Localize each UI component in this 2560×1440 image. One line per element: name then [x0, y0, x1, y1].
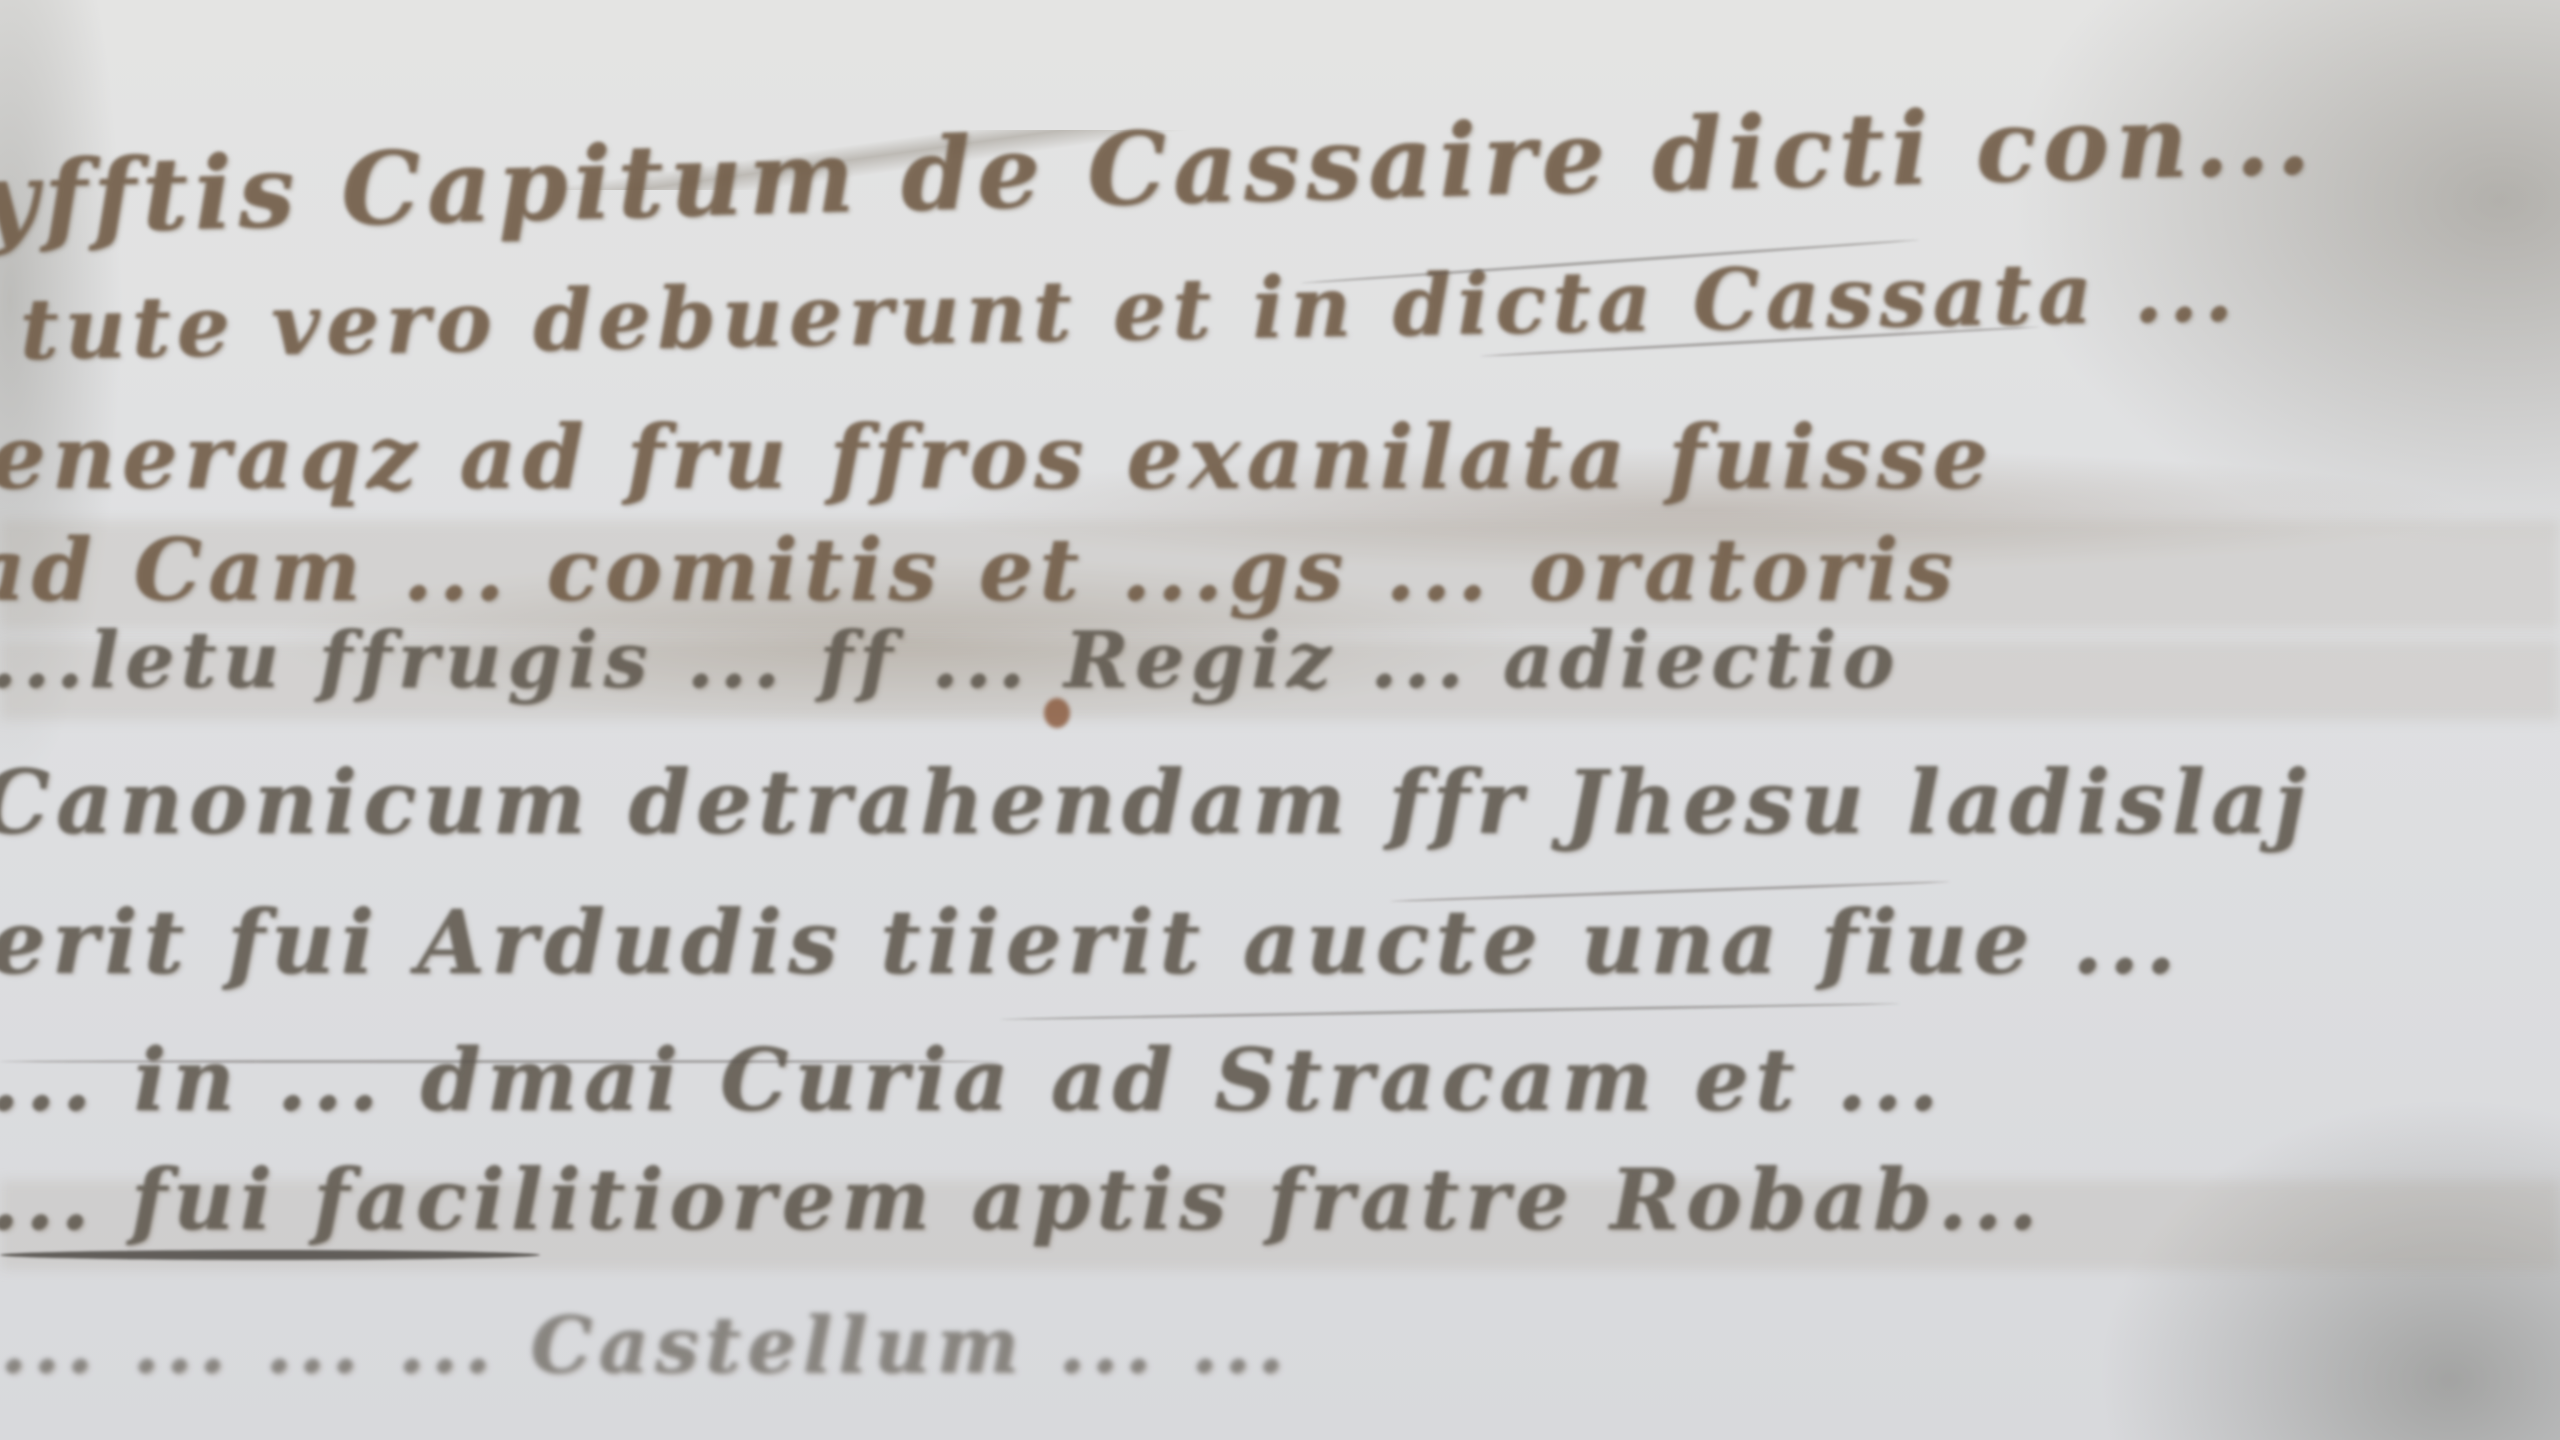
script-line-7: erit fui Ardudis tiierit aucte una fiue … — [0, 890, 2182, 994]
ink-stroke — [0, 1060, 1000, 1063]
script-line-8: ... in ... dmai Curia ad Stracam et ... — [0, 1030, 1945, 1131]
script-line-10: ... ... ... ... Castellum ... ... — [0, 1300, 1290, 1391]
script-line-2: tute vero debuerunt et in dicta Cassata … — [19, 241, 2240, 379]
script-line-3: eneraqz ad fru ffros exanilata fuisse — [0, 405, 1994, 509]
script-line-9: ... fui facilitiorem aptis fratre Robab.… — [0, 1150, 2044, 1249]
script-line-4: ad Cam ... comitis et ...gs ... oratoris — [0, 520, 1959, 621]
ink-stroke — [1000, 1002, 1900, 1021]
dark-ink-stroke — [0, 1250, 540, 1260]
script-line-6: Canonicum detrahendam ffr Jhesu ladislaj — [0, 750, 2312, 854]
manuscript-photo: yfftis Capitum de Cassaire dicti con... … — [0, 0, 2560, 1440]
script-line-1: yfftis Capitum de Cassaire dicti con... — [0, 79, 2318, 258]
script-line-5: ...letu ffrugis ... ff ... Regiz ... adi… — [0, 615, 1900, 706]
rust-stain — [1044, 698, 1070, 728]
